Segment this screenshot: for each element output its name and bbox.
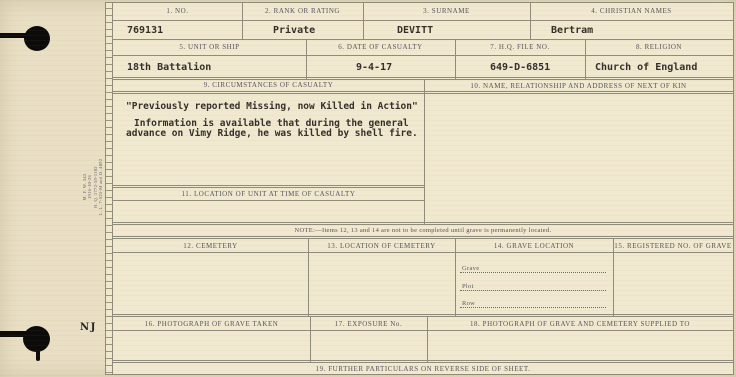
field-religion-value: Church of England [595, 62, 697, 73]
rule-line [113, 222, 733, 223]
field-hq-file-no-value: 649-D-6851 [490, 62, 550, 73]
field-exposure-no-label: 17. EXPOSURE No. [310, 317, 427, 330]
field-circumstances-label: 9. CIRCUMSTANCES OF CASUALTY [113, 79, 424, 91]
rule-line [113, 252, 733, 253]
field-christian-names-value: Bertram [551, 25, 593, 36]
note-line: NOTE:—Items 12, 13 and 14 are not to be … [113, 225, 733, 236]
field-next-of-kin-label: 10. NAME, RELATIONSHIP AND ADDRESS OF NE… [424, 79, 733, 93]
grave-label: Grave [462, 265, 479, 272]
field-no-value: 769131 [127, 25, 163, 36]
plot-leader-line: Plot [460, 277, 606, 291]
rule-line [113, 314, 733, 315]
rule-line [113, 93, 733, 94]
circumstances-text-line: "Previously reported Missing, now Killed… [126, 101, 418, 112]
rule-line [424, 79, 425, 224]
rule-line [113, 185, 424, 186]
rule-line [105, 374, 734, 375]
field-unit-location-label: 11. LOCATION OF UNIT AT TIME OF CASUALTY [113, 187, 424, 200]
rule-line [113, 200, 424, 201]
field-rank-label: 2. RANK OR RATING [242, 3, 363, 19]
rule-line [113, 20, 733, 21]
ink-drip [36, 350, 40, 361]
circumstances-text-line: advance on Vimy Ridge, he was killed by … [126, 128, 418, 139]
field-date-of-casualty-value: 9-4-17 [356, 62, 392, 73]
field-grave-location-label: 14. GRAVE LOCATION [455, 239, 613, 252]
row-label: Row [462, 300, 475, 307]
field-hq-file-no-label: 7. H.Q. FILE NO. [455, 40, 585, 54]
rule-line [113, 330, 733, 331]
form-imprint-vertical-text: M. F. W. 345 1916-10-26 H. Q. 1772-39-11… [82, 151, 104, 223]
row-leader-line: Row [460, 294, 606, 308]
handwritten-initials: NJ [80, 322, 97, 333]
field-surname-value: DEVITT [397, 25, 433, 36]
field-religion-label: 8. RELIGION [585, 40, 733, 54]
rule-line [113, 77, 733, 78]
field-christian-names-label: 4. CHRISTIAN NAMES [530, 3, 733, 19]
field-cemetery-label: 12. CEMETERY [113, 239, 308, 252]
rule-line [113, 360, 733, 361]
rule-line [113, 236, 733, 237]
casualty-record-sheet: 1. NO. 2. RANK OR RATING 3. SURNAME 4. C… [0, 0, 736, 377]
field-registered-no-label: 15. REGISTERED NO. OF GRAVE [613, 239, 733, 252]
field-date-of-casualty-label: 6. DATE OF CASUALTY [306, 40, 455, 54]
hole-punch-stem-bottom [0, 331, 26, 337]
field-unit-value: 18th Battalion [127, 62, 211, 73]
rule-line [113, 55, 733, 56]
hole-punch-stem-top [0, 33, 27, 38]
plot-label: Plot [462, 283, 474, 290]
field-surname-label: 3. SURNAME [363, 3, 530, 19]
grave-leader-line: Grave [460, 259, 606, 273]
field-no-label: 1. NO. [113, 3, 242, 19]
binding-tick-strip [105, 2, 113, 374]
hole-punch-bottom [23, 326, 50, 352]
field-cemetery-location-label: 13. LOCATION OF CEMETERY [308, 239, 455, 252]
field-unit-label: 5. UNIT OR SHIP [113, 40, 306, 54]
field-photo-supplied-label: 18. PHOTOGRAPH OF GRAVE AND CEMETERY SUP… [427, 317, 733, 330]
footer-line: 19. FURTHER PARTICULARS ON REVERSE SIDE … [113, 363, 733, 374]
field-rank-value: Private [273, 25, 315, 36]
rule-line [733, 2, 734, 374]
hole-punch-top [24, 26, 50, 51]
field-photo-taken-label: 16. PHOTOGRAPH OF GRAVE TAKEN [113, 317, 310, 330]
